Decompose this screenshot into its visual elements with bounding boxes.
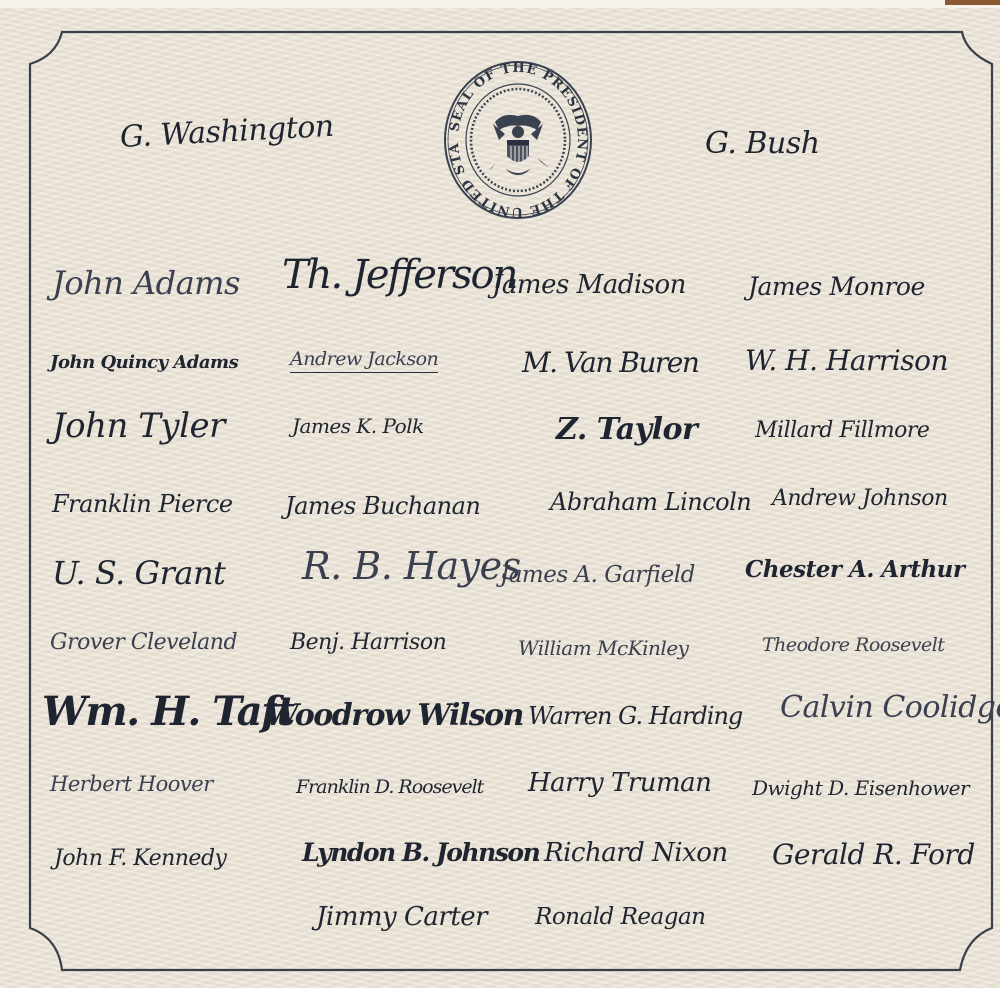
signature-john-quincy-adams: John Quincy Adams — [50, 352, 238, 373]
signature-eisenhower: Dwight D. Eisenhower — [752, 776, 969, 800]
signature-madison: James Madison — [492, 270, 686, 300]
signature-carter: Jimmy Carter — [316, 902, 487, 932]
signature-van-buren: M. Van Buren — [522, 346, 698, 379]
signature-coolidge: Calvin Coolidge — [780, 690, 1000, 725]
signature-garfield: James A. Garfield — [500, 562, 695, 588]
signature-arthur: Chester A. Arthur — [745, 556, 965, 583]
signature-jefferson: Th. Jefferson — [282, 252, 516, 298]
signature-truman: Harry Truman — [528, 768, 711, 798]
signature-wilson: Woodrow Wilson — [265, 698, 523, 733]
signature-harding: Warren G. Harding — [528, 702, 742, 730]
signature-polk: James K. Polk — [292, 414, 424, 438]
signature-t-roosevelt: Theodore Roosevelt — [762, 634, 944, 656]
card-top-edge — [0, 0, 1000, 8]
signature-bush: G. Bush — [705, 126, 820, 161]
signature-card: SEAL OF THE PRESIDENT OF THE UNITED STAT… — [0, 8, 1000, 988]
signature-tyler: John Tyler — [52, 406, 225, 446]
signature-benj-harrison: Benj. Harrison — [290, 630, 446, 655]
signature-hayes: R. B. Hayes — [302, 544, 521, 588]
signature-buchanan: James Buchanan — [285, 492, 480, 520]
signature-monroe: James Monroe — [748, 272, 925, 301]
eagle-icon — [489, 115, 549, 175]
signature-jackson: Andrew Jackson — [290, 348, 438, 373]
signature-john-adams: John Adams — [52, 264, 240, 302]
signature-lb-johnson: Lyndon B. Johnson — [302, 838, 539, 867]
signature-pierce: Franklin Pierce — [52, 490, 233, 518]
signature-taft: Wm. H. Taft — [42, 688, 294, 735]
signature-ford: Gerald R. Ford — [772, 838, 975, 871]
signature-hoover: Herbert Hoover — [50, 772, 213, 796]
signature-cleveland: Grover Cleveland — [50, 630, 237, 655]
signature-fd-roosevelt: Franklin D. Roosevelt — [296, 776, 483, 798]
signature-andrew-johnson: Andrew Johnson — [772, 486, 948, 511]
signature-reagan: Ronald Reagan — [535, 904, 705, 930]
signature-nixon: Richard Nixon — [544, 838, 728, 868]
signature-mckinley: William McKinley — [518, 636, 688, 660]
signature-wh-harrison: W. H. Harrison — [745, 344, 948, 377]
signature-taylor: Z. Taylor — [556, 412, 697, 447]
background-table-edge — [945, 0, 1000, 5]
signature-kennedy: John F. Kennedy — [54, 846, 226, 871]
signature-fillmore: Millard Fillmore — [755, 418, 929, 443]
presidential-seal-icon: SEAL OF THE PRESIDENT OF THE UNITED STAT… — [443, 60, 593, 220]
signature-lincoln: Abraham Lincoln — [550, 488, 751, 516]
signature-grant: U. S. Grant — [52, 554, 225, 592]
